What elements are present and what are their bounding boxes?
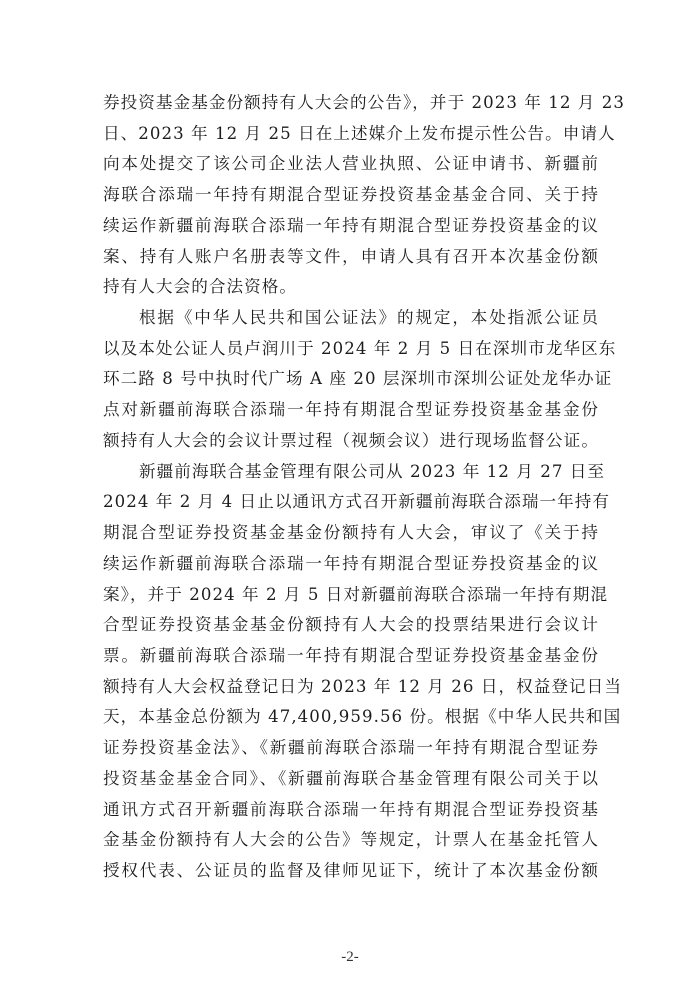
text-line: 以及本处公证人员卢润川于 2024 年 2 月 5 日在深圳市龙华区东 <box>103 334 599 365</box>
text-line: 票。新疆前海联合添瑞一年持有期混合型证券投资基金基金份 <box>103 641 599 672</box>
text-line: 额持有人大会的会议计票过程（视频会议）进行现场监督公证。 <box>103 426 599 457</box>
text-line: 案》，并于 2024 年 2 月 5 日对新疆前海联合添瑞一年持有期混 <box>103 580 599 611</box>
text-line: 通讯方式召开新疆前海联合添瑞一年持有期混合型证券投资基 <box>103 795 599 826</box>
text-line: 海联合添瑞一年持有期混合型证券投资基金基金合同、关于持 <box>103 180 599 211</box>
text-line: 2024 年 2 月 4 日止以通讯方式召开新疆前海联合添瑞一年持有 <box>103 487 599 518</box>
text-line: 合型证券投资基金基金份额持有人大会的投票结果进行会议计 <box>103 610 599 641</box>
text-line: 投资基金基金合同》、《新疆前海联合基金管理有限公司关于以 <box>103 764 599 795</box>
text-line: 券投资基金基金份额持有人大会的公告》，并于 2023 年 12 月 23 <box>103 88 599 119</box>
text-line: 向本处提交了该公司企业法人营业执照、公证申请书、新疆前 <box>103 149 599 180</box>
paragraph-first-line: 新疆前海联合基金管理有限公司从 2023 年 12 月 27 日至 <box>103 457 599 488</box>
text-line: 点对新疆前海联合添瑞一年持有期混合型证券投资基金基金份 <box>103 395 599 426</box>
text-line: 续运作新疆前海联合添瑞一年持有期混合型证券投资基金的议 <box>103 211 599 242</box>
text-line: 案、持有人账户名册表等文件，申请人具有召开本次基金份额 <box>103 242 599 273</box>
text-line: 续运作新疆前海联合添瑞一年持有期混合型证券投资基金的议 <box>103 549 599 580</box>
text-line: 环二路 8 号中执时代广场 A 座 20 层深圳市深圳公证处龙华办证 <box>103 364 599 395</box>
text-line: 天，本基金总份额为 47,400,959.56 份。根据《中华人民共和国 <box>103 702 599 733</box>
text-line: 证券投资基金法》、《新疆前海联合添瑞一年持有期混合型证券 <box>103 733 599 764</box>
text-line: 金基金份额持有人大会的公告》等规定，计票人在基金托管人 <box>103 825 599 856</box>
page-number: -2- <box>0 949 700 966</box>
document-page: 券投资基金基金份额持有人大会的公告》，并于 2023 年 12 月 23 日、2… <box>0 0 700 991</box>
text-line: 期混合型证券投资基金基金份额持有人大会，审议了《关于持 <box>103 518 599 549</box>
body-text: 券投资基金基金份额持有人大会的公告》，并于 2023 年 12 月 23 日、2… <box>103 88 603 887</box>
text-line: 持有人大会的合法资格。 <box>103 272 599 303</box>
text-line: 日、2023 年 12 月 25 日在上述媒介上发布提示性公告。申请人 <box>103 119 599 150</box>
text-line: 授权代表、公证员的监督及律师见证下，统计了本次基金份额 <box>103 856 599 887</box>
text-line: 额持有人大会权益登记日为 2023 年 12 月 26 日，权益登记日当 <box>103 672 599 703</box>
paragraph-first-line: 根据《中华人民共和国公证法》的规定，本处指派公证员 <box>103 303 599 334</box>
